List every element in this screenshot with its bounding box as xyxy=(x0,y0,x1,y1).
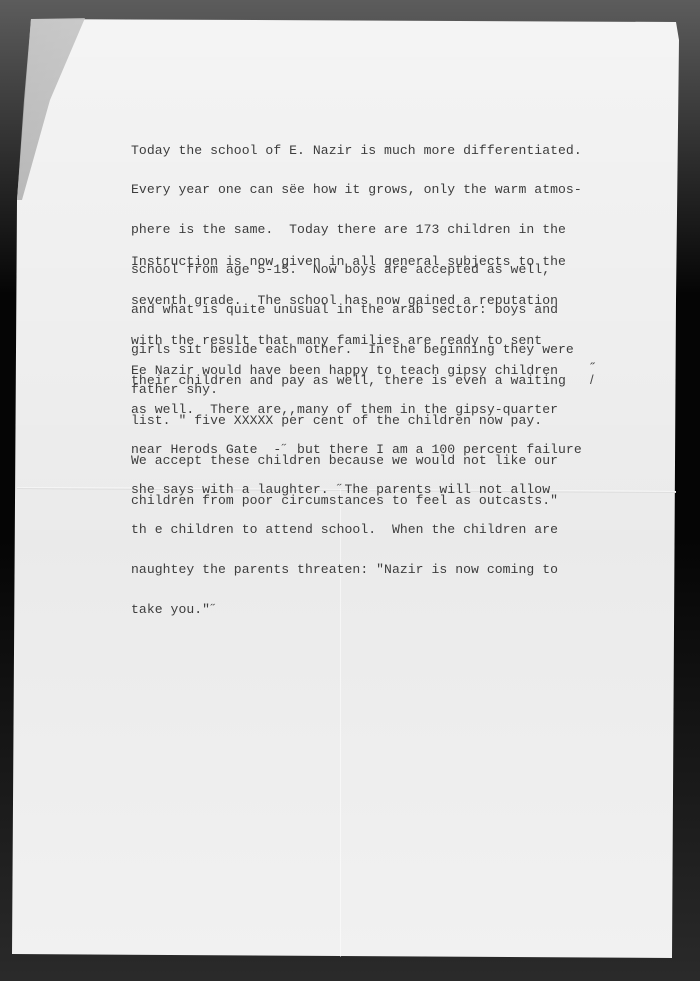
text-line: seventh grade. The school has now gained… xyxy=(131,294,566,307)
text-line: naughtey the parents threaten: "Nazir is… xyxy=(131,563,582,576)
text-line: Instruction is now given in all general … xyxy=(131,255,566,268)
handwritten-margin-mark: ˝ / xyxy=(590,362,594,386)
text-line: th e children to attend school. When the… xyxy=(131,523,582,536)
text-line: near Herods Gate -˝ but there I am a 100… xyxy=(131,443,582,456)
paragraph-gipsy-children: Ee Nazir would have been happy to teach … xyxy=(131,337,582,630)
text-line: Today the school of E. Nazir is much mor… xyxy=(131,144,582,157)
text-line: take you."˝ xyxy=(131,603,582,616)
text-line: Ee Nazir would have been happy to teach … xyxy=(131,364,582,377)
text-line: as well. There are,,many of them in the … xyxy=(131,403,582,416)
text-line: she says with a laughter. ˝The parents w… xyxy=(131,483,582,496)
text-line: Every year one can sëe how it grows, onl… xyxy=(131,183,582,196)
